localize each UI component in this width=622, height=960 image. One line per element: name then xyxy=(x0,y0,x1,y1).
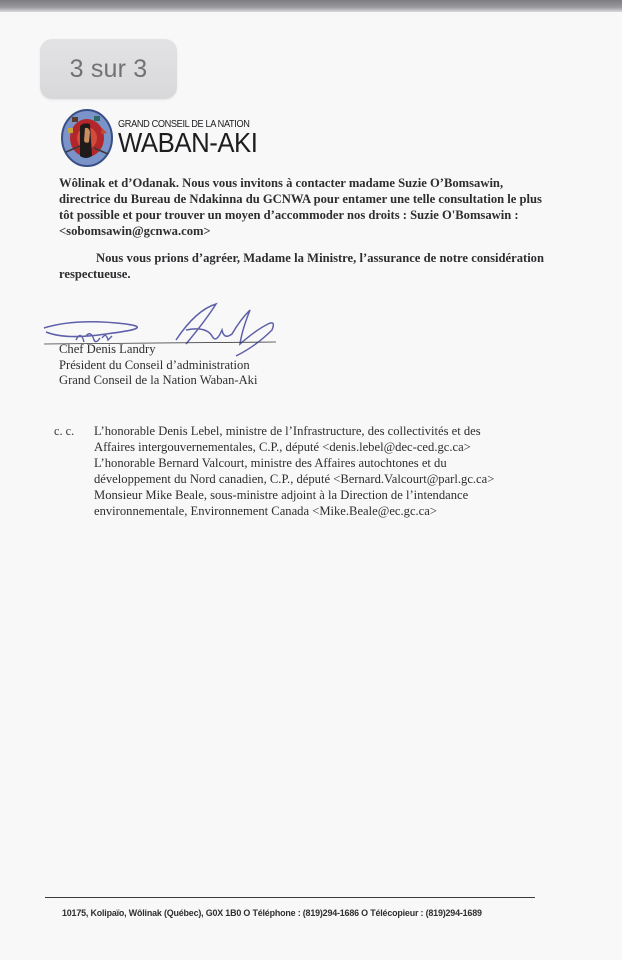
page-counter-badge: 3 sur 3 xyxy=(40,39,177,99)
letter-closing-paragraph: Nous vous prions d’agréer, Madame la Min… xyxy=(59,250,544,282)
footer-contact-info: 10175, Kolipaïo, Wôlinak (Québec), G0X 1… xyxy=(62,908,482,919)
paragraph-line: tôt possible et pour trouver un moyen d’… xyxy=(59,207,544,223)
cc-line: L’honorable Bernard Valcourt, ministre d… xyxy=(94,455,554,471)
cc-label: c. c. xyxy=(54,424,74,439)
paragraph-line: directrice du Bureau de Ndakinna du GCNW… xyxy=(59,191,544,207)
cc-line: environnementale, Environnement Canada <… xyxy=(94,503,554,519)
cc-line: Affaires intergouvernementales, C.P., dé… xyxy=(94,439,554,455)
signatory-organization: Grand Conseil de la Nation Waban-Aki xyxy=(59,373,257,389)
signatory-name: Chef Denis Landry xyxy=(59,342,257,358)
footer-divider xyxy=(45,897,535,898)
signature-block: Chef Denis Landry Président du Conseil d… xyxy=(59,342,257,389)
letterhead-logo: GRAND CONSEIL DE LA NATION WABAN-AKI xyxy=(60,108,270,168)
cc-line: L’honorable Denis Lebel, ministre de l’I… xyxy=(94,423,554,439)
cc-recipient-list: L’honorable Denis Lebel, ministre de l’I… xyxy=(94,423,554,519)
waban-aki-emblem-icon xyxy=(60,108,116,168)
page-counter-text: 3 sur 3 xyxy=(70,55,148,84)
email-link[interactable]: <sobomsawin@gcnwa.com> xyxy=(59,223,544,239)
letter-paragraph-1: Wôlinak et d’Odanak. Nous vous invitons … xyxy=(59,175,544,239)
org-name-line2: WABAN-AKI xyxy=(118,130,257,156)
paragraph-line: Wôlinak et d’Odanak. Nous vous invitons … xyxy=(59,175,544,191)
letterhead-text: GRAND CONSEIL DE LA NATION WABAN-AKI xyxy=(118,120,270,156)
cc-line: développement du Nord canadien, C.P., dé… xyxy=(94,471,554,487)
viewer-top-bar xyxy=(0,0,622,12)
signatory-title: Président du Conseil d’administration xyxy=(59,358,257,374)
cc-line: Monsieur Mike Beale, sous-ministre adjoi… xyxy=(94,487,554,503)
document-page: 3 sur 3 GRAND CONSEIL DE LA NATION WABAN… xyxy=(0,12,622,960)
